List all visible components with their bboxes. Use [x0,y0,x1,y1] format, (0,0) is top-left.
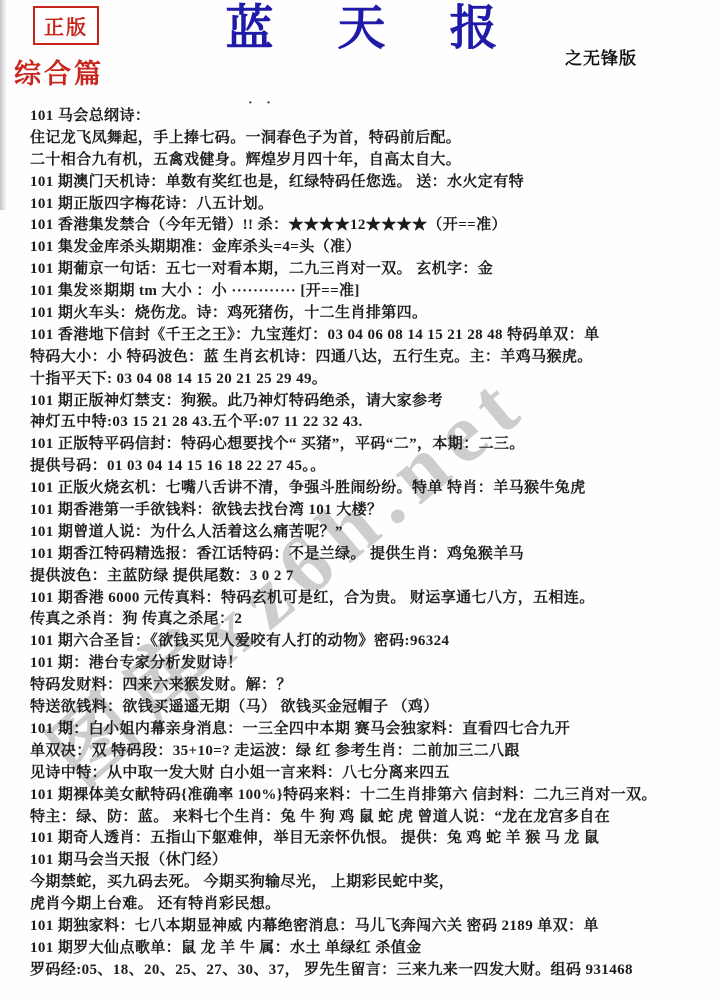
report-body: 101 马会总纲诗：住记龙飞凤舞起，手上捧七码。一洞春色子为首，特码前后配。二十… [30,106,721,982]
text-line: 单双决：双 特码段：35+10=? 走运波：绿 红 参考生肖：二前加三二八跟 [30,741,721,763]
text-line: 特码大小：小 特码波色：蓝 生肖玄机诗：四通八达，五行生克。主：羊鸡马猴虎。 [30,347,721,369]
scanned-lottery-report-page: 正版 蓝 天 报 之无锋版 综合篇 · · 图库xz6h.net 101 马会总… [0,0,723,1002]
text-line: 101 正版火烧玄机：七嘴八舌讲不清，争强斗胜闹纷纷。特单 特肖：羊马猴牛兔虎 [30,478,721,500]
edition-label: 之无锋版 [565,44,637,69]
text-line: 住记龙飞凤舞起，手上捧七码。一洞春色子为首，特码前后配。 [30,128,721,150]
text-line: 101 马会总纲诗： [30,106,721,128]
text-line: 今期禁蛇，买九码去死。 今期买狗输尽光， 上期彩民蛇中奖， [30,872,721,894]
text-line: 特码发财料：四来六来猴发财。解：？ [30,675,721,697]
text-line: 101 期葡京一句话：五七一对看本期，二九三肖对一双。 玄机字：金 [30,259,721,281]
text-line: 见诗中特：从中取一发大财 白小姐一言来料：八七分离来四五 [30,763,721,785]
text-line: 101 期裸体美女献特码{准确率 100%}特码来料：十二生肖排第六 信封料：二… [30,785,721,807]
text-line: 虎肖今期上台难。 还有特肖彩民想。 [30,894,721,916]
text-line: 101 期曾道人说：为什么人活着这么痛苦呢？” [30,522,721,544]
text-line: 十指平天下: 03 04 08 14 15 20 21 25 29 49。 [30,369,721,391]
text-line: 101 期正版四字梅花诗：八五计划。 [30,194,721,216]
text-line: 101 正版特平码信封：特码心想要找个“ 买猪”，平码“二”，本期：二三。 [30,434,721,456]
text-line: 101 期香港第一手欲钱料：欲钱去找台湾 101 大楼？ [30,500,721,522]
text-line: 特送欲钱料：欲钱买遥遥无期（马） 欲钱买金冠帽子 （鸡） [30,697,721,719]
text-line: 101 香港地下信封《千王之王》：九宝莲灯：03 04 06 08 14 15 … [30,325,721,347]
text-line: 传真之杀肖：狗 传真之杀尾：2 [30,609,721,631]
text-line: 101 期香港 6000 元传真料：特码玄机可是红，合为贵。 财运享通七八方，五… [30,588,721,610]
text-line: 101 期：白小姐内幕亲身消息：一三全四中本期 赛马会独家料：直看四七合九开 [30,719,721,741]
text-line: 二十相合九有机，五禽戏健身。辉煌岁月四十年，自高太自大。 [30,150,721,172]
text-line: 101 期奇人透肖：五指山下躯难伸，举目无亲怀仇恨。 提供：兔 鸡 蛇 羊 猴 … [30,828,721,850]
section-heading: 综合篇 [14,52,104,91]
text-line: 101 期六合圣旨：《欲钱买见人爱咬有人打的动物》密码:96324 [30,631,721,653]
text-line: 罗码经:05、18、20、25、27、30、37， 罗先生留言：三来九来一四发大… [30,960,721,982]
text-line: 101 期罗大仙点歌单：鼠 龙 羊 牛 属：水土 单绿红 杀值金 [30,938,721,960]
text-line: 101 期：港台专家分析发财诗！ [30,653,721,675]
text-line: 神灯五中特:03 15 21 28 43.五个平:07 11 22 32 43. [30,412,721,434]
text-line: 101 期火车头：烧伤龙。诗：鸡死猪伤，十二生肖排第四。 [30,303,721,325]
text-line: 提供号码：01 03 04 14 15 16 18 22 27 45。。 [30,456,721,478]
text-line: 101 期独家料：七八本期显神威 内幕绝密消息：马儿飞奔闯六关 密码 2189 … [30,916,721,938]
text-line: 101 集发金库杀头期期准：金库杀头=4=头（准） [30,237,721,259]
text-line: 101 香港集发禁合（今年无错）!! 杀：★★★★12★★★★（开==准） [30,215,721,237]
text-line: 101 期澳门天机诗：单数有奖红也是，红绿特码任您选。 送：水火定有特 [30,172,721,194]
text-line: 特主：绿、防：蓝。 来料七个生肖：兔 牛 狗 鸡 鼠 蛇 虎 曾道人说：“龙在龙… [30,807,721,829]
text-line: 101 集发※期期 tm 大小 ：小 ············ [开==准] [30,281,721,303]
text-line: 提供波色：主蓝防绿 提供尾数：3 0 2 7 [30,566,721,588]
text-line: 101 期马会当天报（休门经） [30,850,721,872]
text-line: 101 期正版神灯禁支：狗猴。此乃神灯特码绝杀，请大家参考 [30,391,721,413]
text-line: 101 期香江特码精选报：香江话特码：不是兰绿。 提供生肖：鸡兔猴羊马 [30,544,721,566]
